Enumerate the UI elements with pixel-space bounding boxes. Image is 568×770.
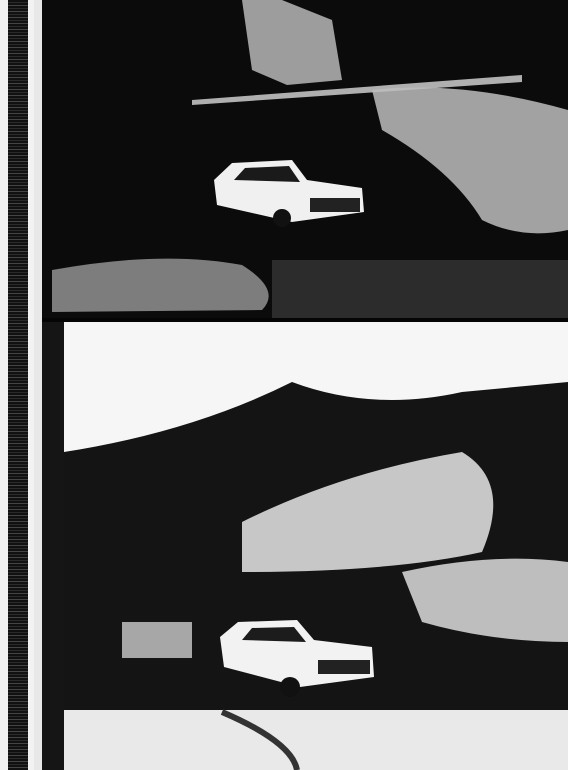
optical-soundtrack xyxy=(0,0,42,770)
film-frame-bottom xyxy=(42,322,568,770)
film-strip xyxy=(0,0,568,770)
soundtrack-waveform xyxy=(8,0,28,770)
soundtrack-edge xyxy=(34,0,42,770)
film-frame-top xyxy=(42,0,568,322)
